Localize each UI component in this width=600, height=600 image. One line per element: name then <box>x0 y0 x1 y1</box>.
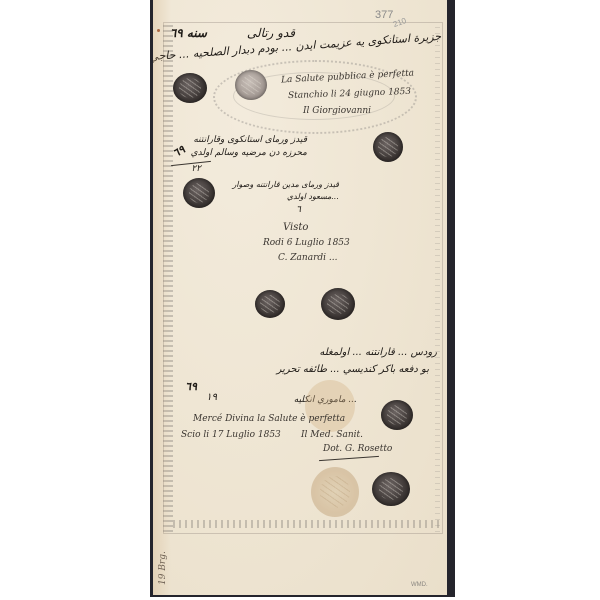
endorsement-4-date: Rodi 6 Luglio 1853 <box>263 238 350 248</box>
endorsement-3-line-2: ...مسعود اولدي <box>287 192 339 201</box>
endorsement-6-line-1: Mercé Divina la Salute è perfetta <box>193 414 345 424</box>
endorsement-2-line-1: قيدز ورماى استانكوى وقارانتنه <box>193 135 307 145</box>
endorsement-5-line-2: بو دفعه باكر كنديسي ... طائفه تحرير <box>277 364 429 375</box>
margin-note: 19 Brg. <box>158 551 168 585</box>
seal-right-lower <box>381 400 413 430</box>
seal-top-center <box>235 70 267 100</box>
folio-number: 377 <box>375 9 393 21</box>
endorsement-6-date: Scio li 17 Luglio 1853 <box>181 430 281 440</box>
printed-border-right <box>435 22 440 532</box>
endorsement-6-signature: Dot. G. Rosetto <box>323 444 392 454</box>
printed-border-left <box>163 22 173 532</box>
wax-stain <box>305 380 355 432</box>
endorsement-1-signature: Il Giorgiovanni <box>303 106 371 116</box>
endorsement-3-line-1: قيدز ورماى مدين قارانتنه وصوار <box>232 180 339 189</box>
endorsement-4-signature: C. Zanardi ... <box>278 253 337 263</box>
ink-spot <box>157 29 160 32</box>
seal-center-left <box>255 290 285 318</box>
seal-wax-bottom <box>311 467 359 517</box>
endorsement-5-number: ١٩ <box>206 392 217 403</box>
endorsement-4-visto: Visto <box>283 222 308 233</box>
endorsement-2-number: ٢٢ <box>191 164 201 174</box>
seal-top-left <box>173 73 207 103</box>
seal-bottom-right <box>372 472 410 506</box>
header-ottoman-line-1: قدو رتالى <box>247 26 295 40</box>
printed-border-bottom <box>173 520 441 528</box>
endorsement-2-line-2: محرزه دن مرضيه وسالم اولدي <box>191 148 307 158</box>
endorsement-3-number: ٦ <box>296 205 301 215</box>
seal-left-middle <box>183 178 215 208</box>
seal-right-upper <box>373 132 403 162</box>
document-sheet: 377 210 قدو رتالى جزيرة استانكوى يه عزيم… <box>153 0 447 595</box>
endorsement-6-title: Il Med. Sanit. <box>301 430 363 440</box>
archive-mark: WMD. <box>411 582 428 588</box>
header-ottoman-date: سنه ٦٩ <box>170 26 207 40</box>
endorsement-5-date: ٦٩ <box>185 380 197 393</box>
seal-center-right <box>321 288 355 320</box>
endorsement-5-line-1: رودس ... قارانتنه ... اولمغله <box>319 347 437 358</box>
